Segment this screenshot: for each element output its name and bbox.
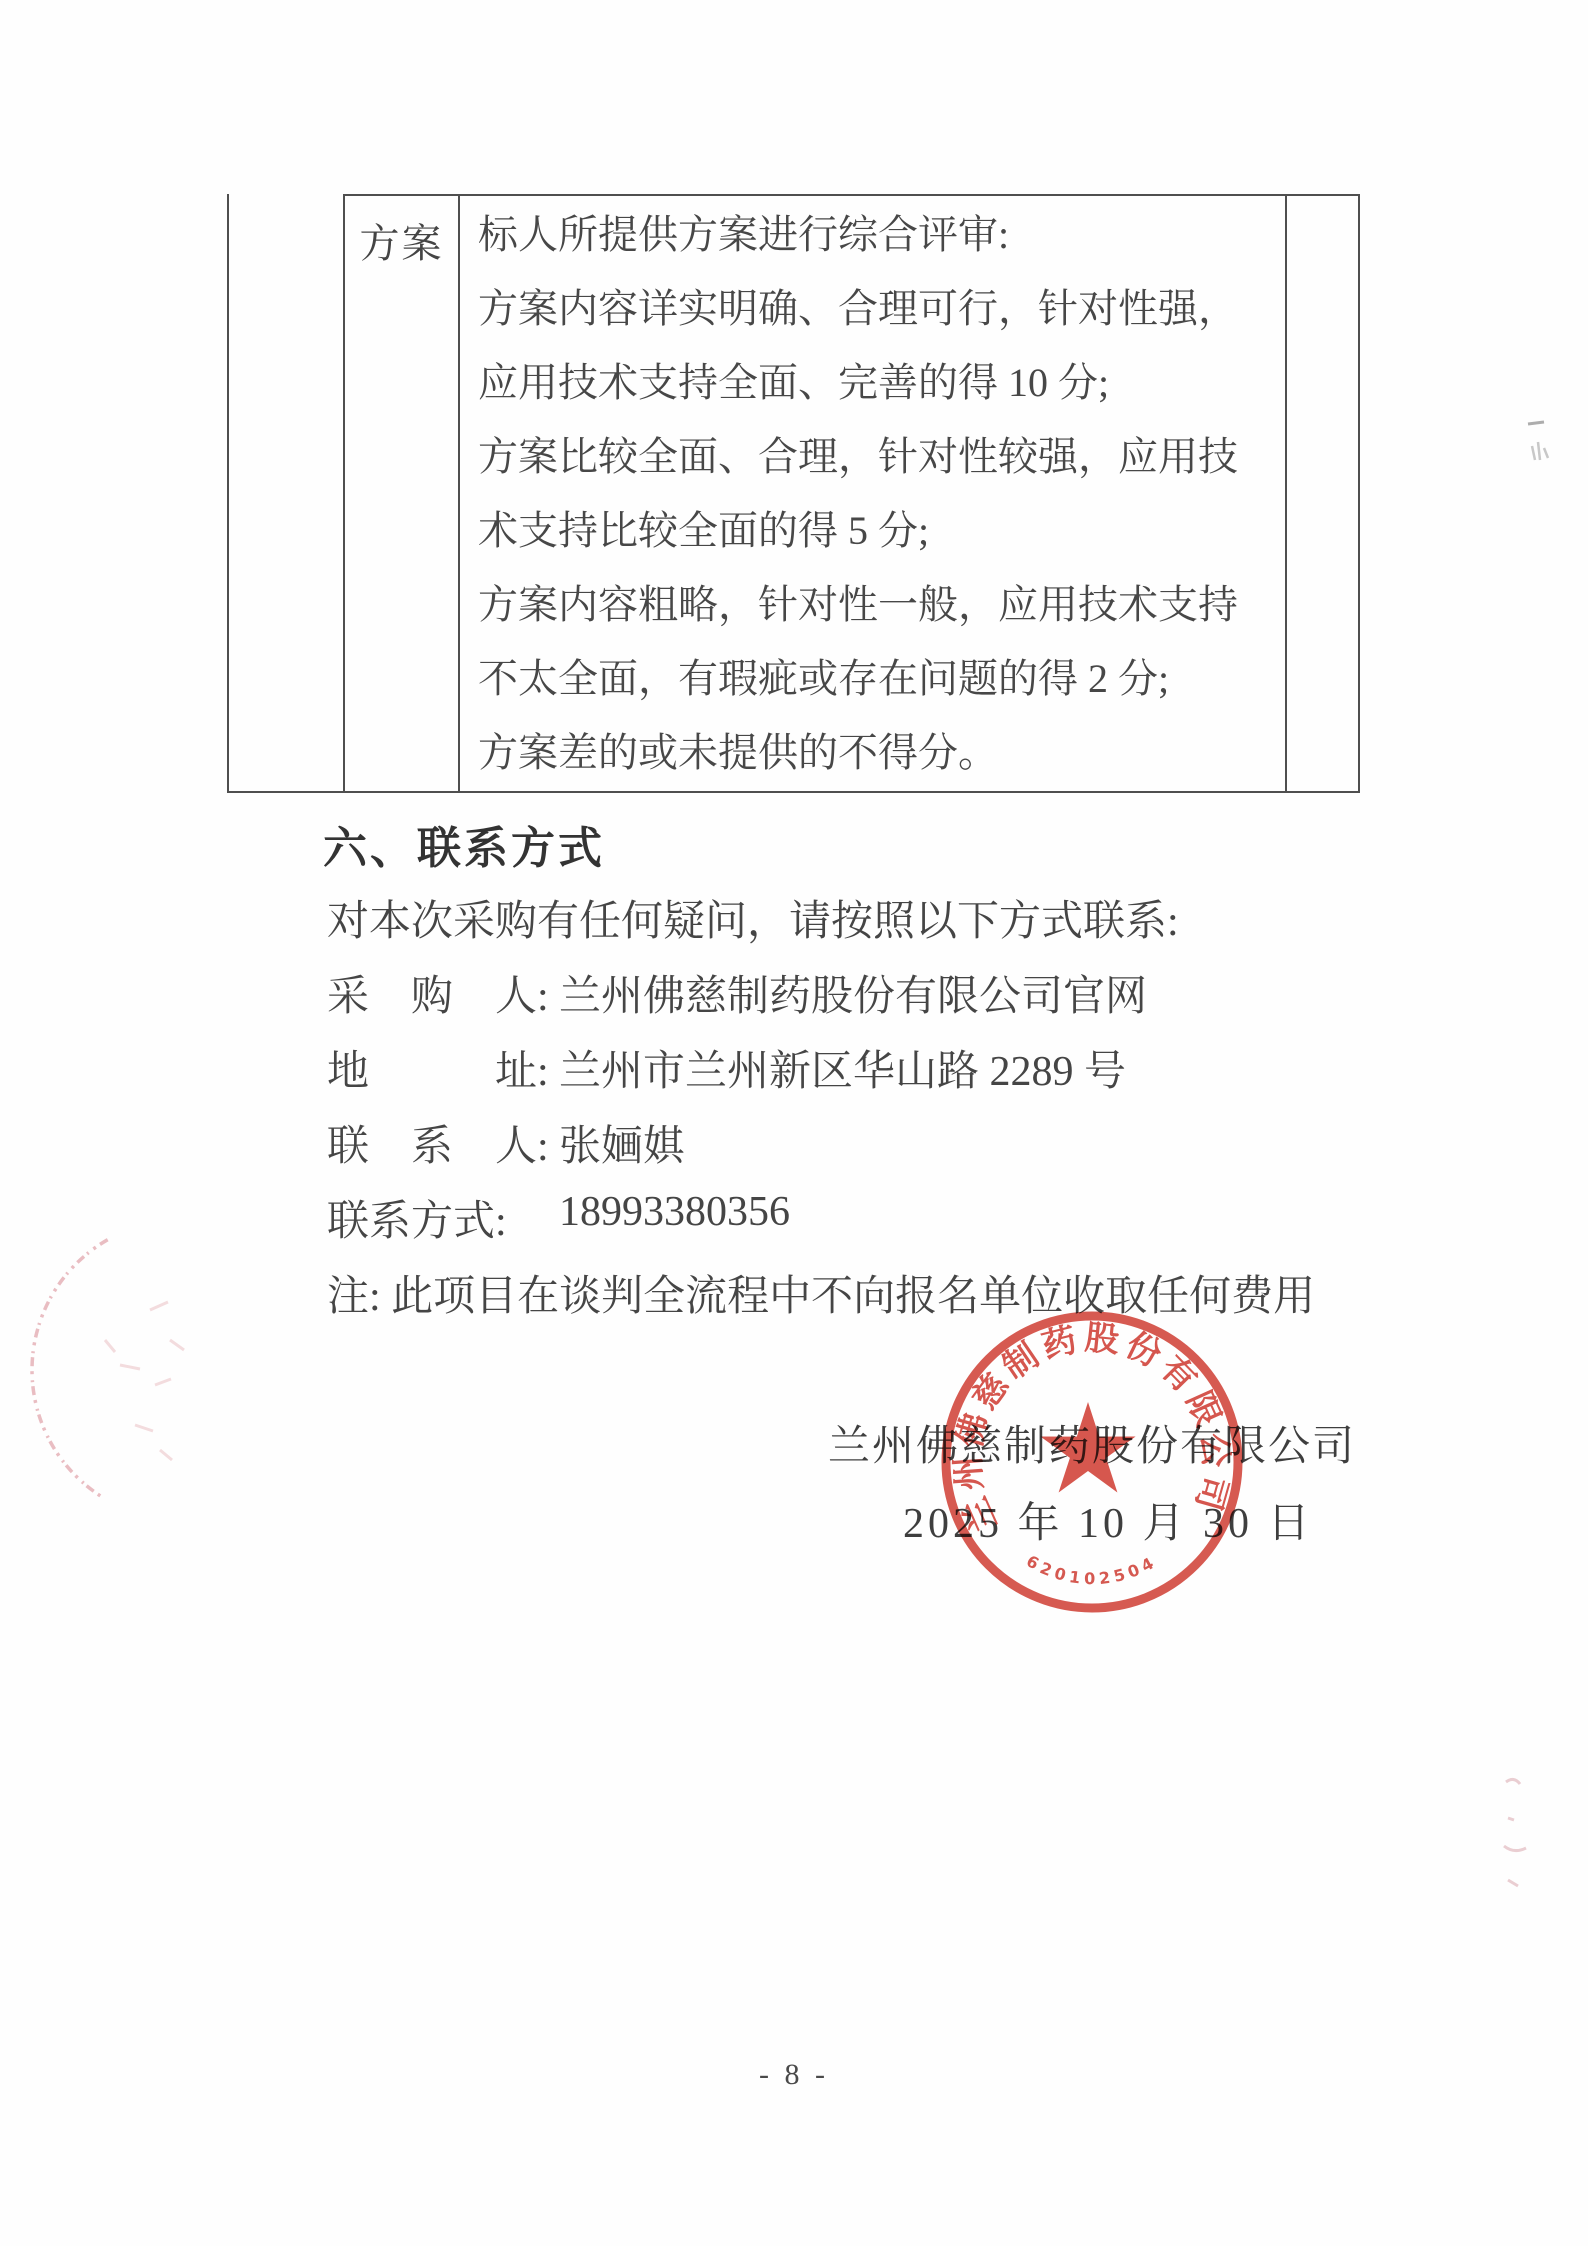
contact-intro: 对本次采购有任何疑问，请按照以下方式联系: <box>327 888 1179 948</box>
table-left-empty-column <box>227 194 343 793</box>
contact-person-label: 联 系 人: <box>327 1113 559 1173</box>
criteria-line: 方案比较全面、合理，针对性较强，应用技 <box>478 420 1279 494</box>
criteria-line: 方案内容详实明确、合理可行，针对性强， <box>478 272 1279 346</box>
criteria-line: 方案差的或未提供的不得分。 <box>478 716 1279 790</box>
contact-row-buyer: 采 购 人: 兰州佛慈制药股份有限公司官网 <box>327 963 1147 1023</box>
contact-row-phone: 联系方式: 18993380356 <box>327 1188 790 1248</box>
evaluation-table: 方案 标人所提供方案进行综合评审: 方案内容详实明确、合理可行，针对性强， 应用… <box>227 194 1360 793</box>
contact-section-heading: 六、联系方式 <box>323 812 605 876</box>
criteria-line: 不太全面，有瑕疵或存在问题的得 2 分; <box>478 642 1279 716</box>
criteria-line: 应用技术支持全面、完善的得 10 分; <box>478 346 1279 420</box>
seal-star-icon <box>1040 1402 1135 1493</box>
criteria-line: 术支持比较全面的得 5 分; <box>478 494 1279 568</box>
criteria-line: 标人所提供方案进行综合评审: <box>478 198 1279 272</box>
buyer-label: 采 购 人: <box>327 963 559 1023</box>
table-score-empty-column <box>1285 196 1358 791</box>
phone-label: 联系方式: <box>327 1188 559 1248</box>
scan-artifact-gray <box>1520 412 1568 472</box>
criteria-description-cell: 标人所提供方案进行综合评审: 方案内容详实明确、合理可行，针对性强， 应用技术支… <box>460 196 1285 791</box>
table-row: 方案 标人所提供方案进行综合评审: 方案内容详实明确、合理可行，针对性强， 应用… <box>343 194 1360 793</box>
criteria-line: 方案内容粗略，针对性一般，应用技术支持 <box>478 568 1279 642</box>
address-label: 地 址: <box>327 1038 559 1098</box>
contact-row-person: 联 系 人: 张婳娸 <box>327 1113 685 1173</box>
scan-artifact-pink <box>1488 1768 1558 1898</box>
contact-person-value: 张婳娸 <box>559 1113 685 1173</box>
document-page: 方案 标人所提供方案进行综合评审: 方案内容详实明确、合理可行，针对性强， 应用… <box>0 0 1588 2246</box>
faint-left-seal-impression <box>0 1190 360 1570</box>
contact-row-address: 地 址: 兰州市兰州新区华山路 2289 号 <box>327 1038 1126 1098</box>
criteria-name-cell: 方案 <box>345 196 460 791</box>
phone-value: 18993380356 <box>559 1188 790 1248</box>
buyer-value: 兰州佛慈制药股份有限公司官网 <box>559 963 1147 1023</box>
page-number: - 8 - <box>0 2058 1588 2092</box>
company-seal-stamp: 兰州佛慈制药股份有限公司 6201025049905 <box>930 1300 1260 1630</box>
address-value: 兰州市兰州新区华山路 2289 号 <box>559 1038 1126 1098</box>
